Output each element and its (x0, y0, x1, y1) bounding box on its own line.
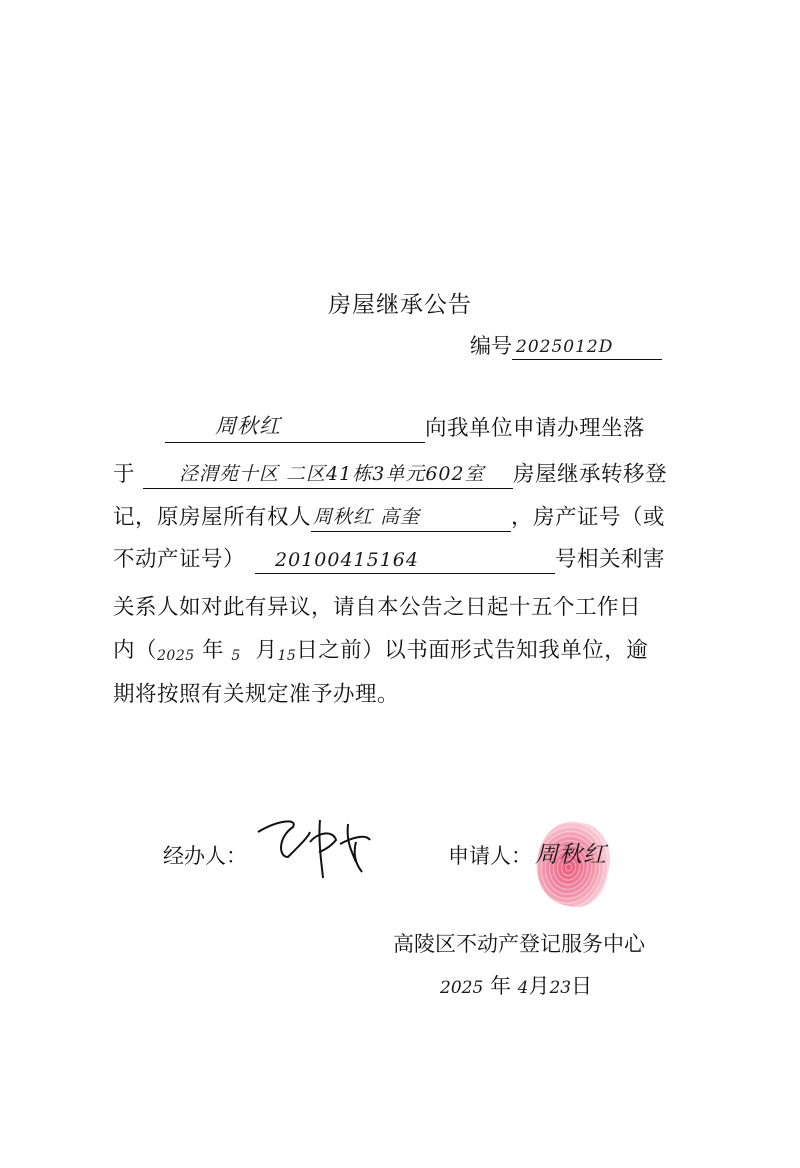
body-text: ，房产证号（或 (511, 504, 665, 532)
document-number-value: 2025012D (516, 337, 613, 357)
organization-name: 高陵区不动产登记服务中心 (393, 928, 645, 958)
deadline-day: 15 (277, 648, 296, 664)
body-text: 向我单位申请办理坐落 (425, 415, 645, 443)
applicant-name-field: 周秋红 (215, 410, 281, 440)
applicant-label: 申请人： (448, 840, 532, 870)
date-year: 2025 (440, 978, 483, 998)
body-text: 内（ (113, 638, 157, 663)
date-day: 23 (549, 978, 571, 998)
body-line-7: 期将按照有关规定准予办理。 (113, 677, 399, 708)
date-label: 日 (571, 974, 592, 998)
body-text: 日之前）以书面形式告知我单位，逾 (296, 638, 648, 663)
body-line-4: 不动产证号）20100415164号相关利害 (113, 545, 665, 574)
certificate-number-field: 20100415164 (275, 549, 419, 571)
body-text: 于 (113, 461, 135, 489)
original-owners-field: 周秋红 高奎 (313, 502, 420, 529)
body-line-5: 关系人如对此有异议，请自本公告之日起十五个工作日 (113, 590, 641, 621)
body-line-2: 于泾渭苑十区 二区41栋3单元602室房屋继承转移登 (113, 460, 667, 489)
date-label: 月 (528, 974, 549, 998)
body-text: 记，原房屋所有权人 (113, 504, 311, 532)
body-text: 年 (202, 638, 224, 663)
date-label: 年 (490, 974, 511, 998)
date-month: 4 (518, 978, 529, 998)
document-number-label: 编号 (470, 330, 512, 360)
issue-date: 2025 年 4月23日 (440, 970, 592, 1000)
deadline-month: 5 (231, 648, 240, 664)
handler-signature (248, 812, 378, 882)
body-line-6: 内（2025 年 5 月15日之前）以书面形式告知我单位，逾 (113, 633, 648, 664)
handler-label: 经办人： (163, 840, 247, 870)
body-text: 不动产证号） (113, 546, 245, 574)
applicant-signature: 周秋红 (535, 836, 607, 869)
body-line-3: 记，原房屋所有权人周秋红 高奎，房产证号（或 (113, 503, 665, 532)
property-address-field: 泾渭苑十区 二区41栋3单元602室 (179, 459, 485, 486)
body-text: 号相关利害 (555, 546, 665, 574)
deadline-year: 2025 (157, 648, 195, 664)
body-text: 房屋继承转移登 (513, 461, 667, 489)
body-text: 月 (255, 638, 277, 663)
document-number: 编号2025012D (470, 330, 662, 360)
document-title: 房屋继承公告 (0, 286, 800, 319)
body-line-1: 周秋红向我单位申请办理坐落 (113, 414, 645, 443)
